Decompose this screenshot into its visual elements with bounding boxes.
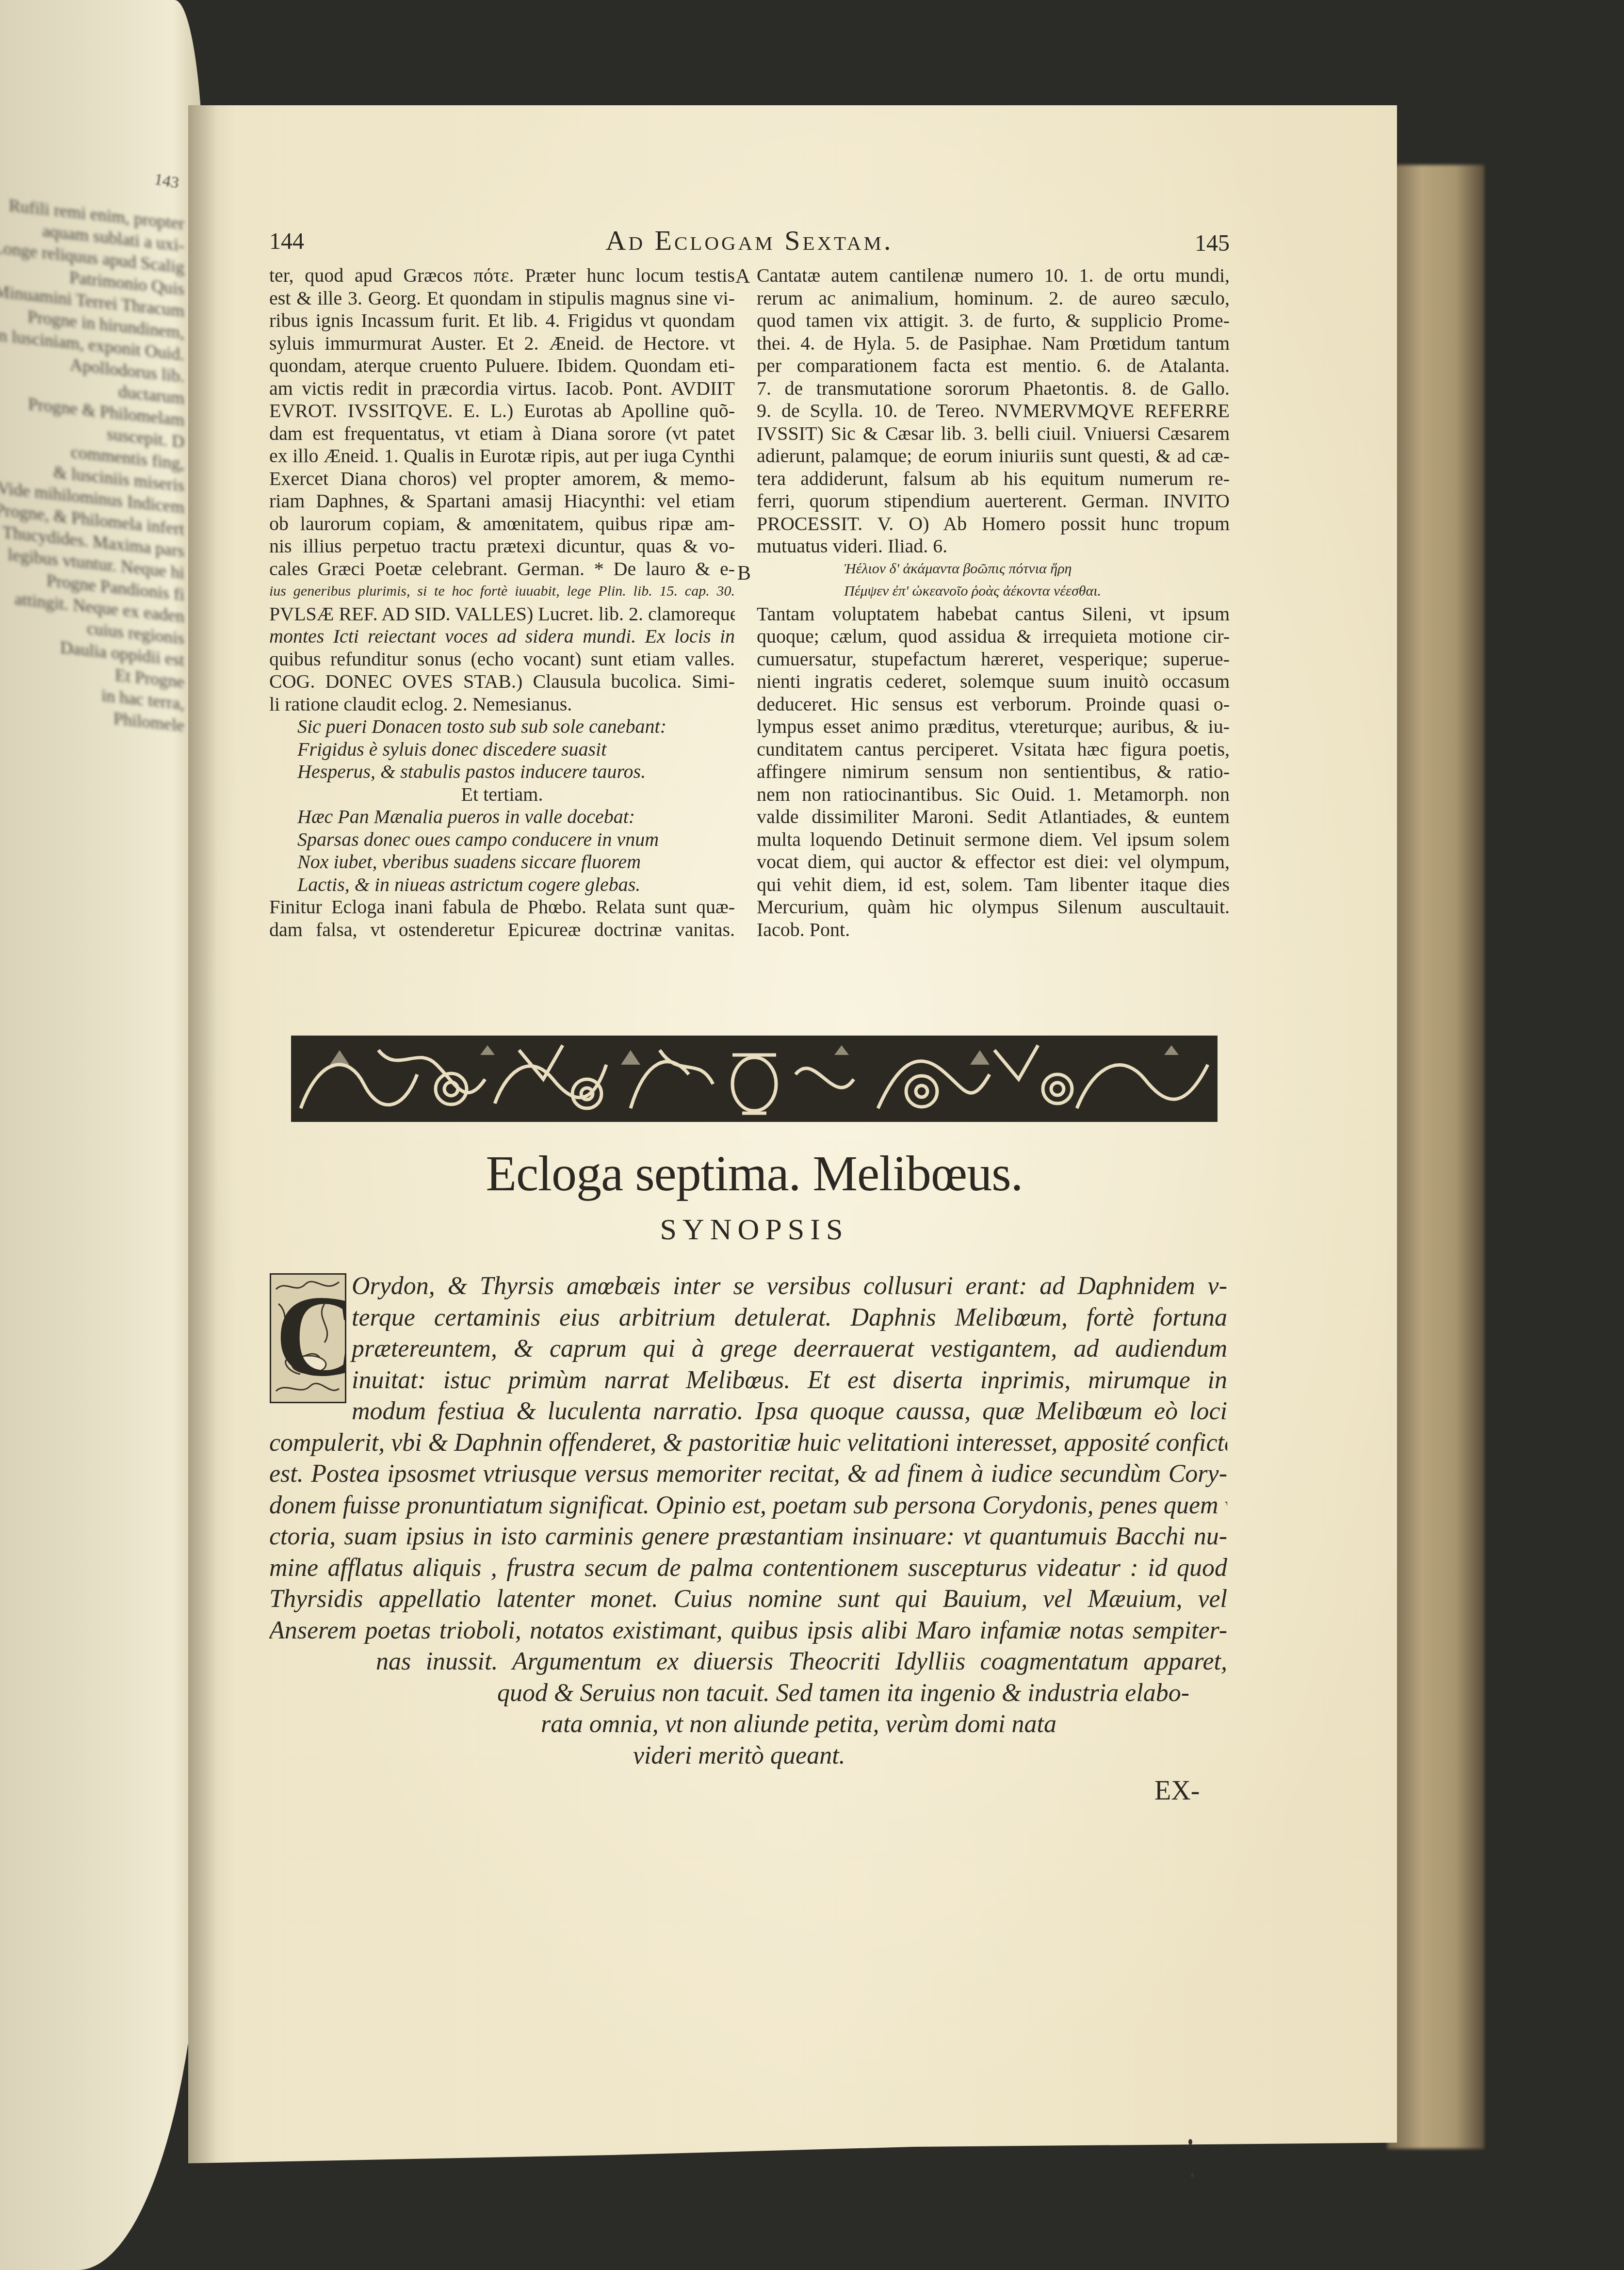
greek-verse-line: Πέμψεν ἐπ' ὠκεανοῖο ῥοὰς ἀέκοντα νέεσθαι… [757, 580, 1230, 603]
text-line: EVROT. IVSSITQVE. E. L.) Eurotas ab Apol… [269, 400, 735, 422]
text-line: adierunt, palamque; de eorum iniuriis su… [757, 445, 1230, 468]
text-line: 9. de Scylla. 10. de Tereo. NVMERVMQVE R… [757, 400, 1230, 422]
text-line: multa loquendo Detinuit sermone diem. Ve… [757, 828, 1230, 851]
text-line: 7. de transmutatione sororum Phaetontis.… [757, 377, 1230, 400]
paper-speck [1188, 2139, 1192, 2145]
text-line: videri meritò queant. [269, 1740, 1227, 1772]
paper-speck [1191, 2173, 1194, 2178]
running-head: 144 Ad Eclogam Sextam. 145 [269, 228, 1230, 262]
right-column: Cantatæ autem cantilenæ numero 10. 1. de… [757, 264, 1230, 941]
text-line: rata omnia, vt non aliunde petita, verùm… [269, 1709, 1227, 1740]
verse-line: Nox iubet, vberibus suadens siccare fluo… [269, 851, 735, 874]
text-line: nem non ratiocinantibus. Sic Ouid. 1. Me… [757, 783, 1230, 806]
text-line: ctoria, suam ipsius in isto carminis gen… [269, 1521, 1227, 1553]
text-line: Mercurium, quàm hic olympus Silenum ausc… [757, 896, 1230, 919]
text-line: prætereuntem, & caprum qui à grege deerr… [269, 1333, 1227, 1365]
text-line: Tantam voluptatem habebat cantus Sileni,… [757, 603, 1230, 626]
text-line: Anserem poetas trioboli, notatos existim… [269, 1615, 1227, 1647]
text-line: ob laurorum copiam, & amœnitatem, quibus… [269, 513, 735, 535]
text-line: riam Daphnes, & Spartani amasij Hiacynth… [269, 490, 735, 513]
verse-line: Frigidus è syluis donec discedere suasit [269, 738, 735, 761]
text-line: quod tamen vix attigit. 3. de furto, & s… [757, 309, 1230, 332]
right-page-number: 145 [1195, 230, 1230, 257]
text-line: tera addiderunt, falsum ab his equitum n… [757, 468, 1230, 490]
woodcut-ornament-band [291, 1036, 1218, 1122]
text-line: compulerit, vbi & Daphnin offenderet, & … [269, 1427, 1227, 1459]
facing-page-text: Rufili remi enim, propter aquam sublati … [0, 192, 184, 737]
text-line: nas inussit. Argumentum ex diuersis Theo… [269, 1646, 1227, 1678]
greek-verse-line: Ἠέλιον δ' ἀκάμαντα βοῶπις πότνια ἥρη [757, 558, 1230, 581]
chapter-title: Ecloga septima. Melibœus. [291, 1145, 1218, 1202]
text-line: deduceret. Hic sensus est verborum. Proi… [757, 693, 1230, 716]
text-line: dam falsa, vt ostenderetur Epicureæ doct… [269, 919, 735, 941]
left-column: ter, quod apud Græcos πότε. Præter hunc … [269, 264, 735, 941]
text-line: dam est frequentatus, vt etiam à Diana s… [269, 422, 735, 445]
text-line: qui vehit diem, id est, solem. Tam liben… [757, 874, 1230, 896]
text-line: affingere nimirum sensum non sentientibu… [757, 761, 1230, 783]
margin-letter-a: A [735, 265, 750, 288]
text-line: ter, quod apud Græcos πότε. Præter hunc … [269, 264, 735, 287]
text-line: vocat diem, qui auctor & effector est di… [757, 851, 1230, 874]
text-line: cales Græci Poetæ celebrant. German. * D… [269, 558, 735, 581]
text-line: cunditatem cantus perciperet. Vsitata hæ… [757, 738, 1230, 761]
text-line: donem fuisse pronuntiatum significat. Op… [269, 1490, 1227, 1522]
text-line: est & ille 3. Georg. Et quondam in stipu… [269, 287, 735, 310]
text-line: syluis immurmurat Auster. Et 2. Æneid. d… [269, 332, 735, 355]
text-line: IVSSIT) Sic & Cæsar lib. 3. belli ciuil.… [757, 422, 1230, 445]
text-line: quondam, aterque cruento Puluere. Ibidem… [269, 355, 735, 377]
text-line: per comparationem facta est mentio. 6. d… [757, 355, 1230, 377]
running-title: Ad Eclogam Sextam. [269, 224, 1230, 257]
synopsis-heading: SYNOPSIS [291, 1213, 1218, 1247]
text-line: COG. DONEC OVES STAB.) Clausula bucolica… [269, 670, 735, 693]
text-line: li ratione claudit eclog. 2. Nemesianus. [269, 693, 735, 716]
text-line: quod & Seruius non tacuit. Sed tamen ita… [269, 1678, 1227, 1709]
text-line: thei. 4. de Hyla. 5. de Pasiphae. Nam Pr… [757, 332, 1230, 355]
text-line: quoque; cælum, quod assidua & irrequieta… [757, 625, 1230, 648]
text-line: ex illo Æneid. 1. Qualis in Eurotæ ripis… [269, 445, 735, 468]
facing-page: 143 Rufili remi enim, propter aquam subl… [0, 0, 204, 2270]
text-line: terque certaminis eius arbitrium detuler… [269, 1302, 1227, 1334]
text-line: Exercet Diana choros) vel propter amorem… [269, 468, 735, 490]
text-line: nienti ingratis cederet, solemque suum i… [757, 670, 1230, 693]
verse-line: Sic pueri Donacen tosto sub sub sole can… [269, 715, 735, 738]
margin-letter-b: B [737, 562, 751, 585]
gutter-shadow [188, 105, 217, 2163]
verse-line: Hesperus, & stabulis pastos inducere tau… [269, 761, 735, 783]
text-line: ferri, quorum stipendium auerterent. Ger… [757, 490, 1230, 513]
text-line: Orydon, & Thyrsis amœbæis inter se versi… [269, 1271, 1227, 1302]
text-line: est. Postea ipsosmet vtriusque versus me… [269, 1459, 1227, 1490]
text-line: inuitat: istuc primùm narrat Melibœus. E… [269, 1365, 1227, 1396]
text-line: modum festiua & luculenta narratio. Ipsa… [269, 1396, 1227, 1427]
initial-letter: C [275, 1278, 341, 1394]
text-line: cumuersatur, stupefactum hæreret, vesper… [757, 648, 1230, 671]
facing-page-number: 143 [153, 170, 180, 193]
verse-line: Hæc Pan Mænalia pueros in valle docebat: [269, 806, 735, 828]
text-line: Iacob. Pont. [757, 919, 1230, 941]
interlude-line: Et tertiam. [269, 783, 735, 806]
verse-line: Lactis, & in niueas astrictum cogere gle… [269, 874, 735, 896]
text-line: nis illius perpetuo tractu prætexi dicun… [269, 535, 735, 558]
decorated-initial: C [270, 1273, 346, 1403]
text-line: PVLSÆ REF. AD SID. VALLES) Lucret. lib. … [269, 603, 735, 626]
text-line: mine afflatus aliquis , frustra secum de… [269, 1553, 1227, 1584]
text-line: montes Icti reiectant voces ad sidera mu… [269, 625, 735, 648]
text-line: PROCESSIT. V. O) Ab Homero possit hunc t… [757, 513, 1230, 535]
foliage-ornament-icon [291, 1036, 1218, 1122]
book-board-edge [1387, 165, 1484, 2149]
text-line: Finitur Ecloga inani fabula de Phœbo. Re… [269, 896, 735, 919]
text-line: am victis redit in præcordia virtus. Iac… [269, 377, 735, 400]
verse-line: Sparsas donec oues campo conducere in vn… [269, 828, 735, 851]
text-line: lympus esset animo præditus, vtereturque… [757, 715, 1230, 738]
text-line: rerum ac animalium, hominum. 2. de aureo… [757, 287, 1230, 310]
text-line: Thyrsidis appellatio latenter monet. Cui… [269, 1584, 1227, 1615]
text-line: mutuatus videri. Iliad. 6. [757, 535, 1230, 558]
synopsis-text: Orydon, & Thyrsis amœbæis inter se versi… [269, 1271, 1227, 1771]
text-line: Cantatæ autem cantilenæ numero 10. 1. de… [757, 264, 1230, 287]
catchword: EX- [1154, 1775, 1200, 1806]
text-line: valde dissimiliter Maroni. Sedit Atlanti… [757, 806, 1230, 828]
footnote-line: ius generibus plurimis, si te hoc fortè … [269, 580, 735, 603]
text-line: ribus ignis Incassum furit. Et lib. 4. F… [269, 309, 735, 332]
text-line: quibus refunditur sonus (echo vocant) su… [269, 648, 735, 671]
